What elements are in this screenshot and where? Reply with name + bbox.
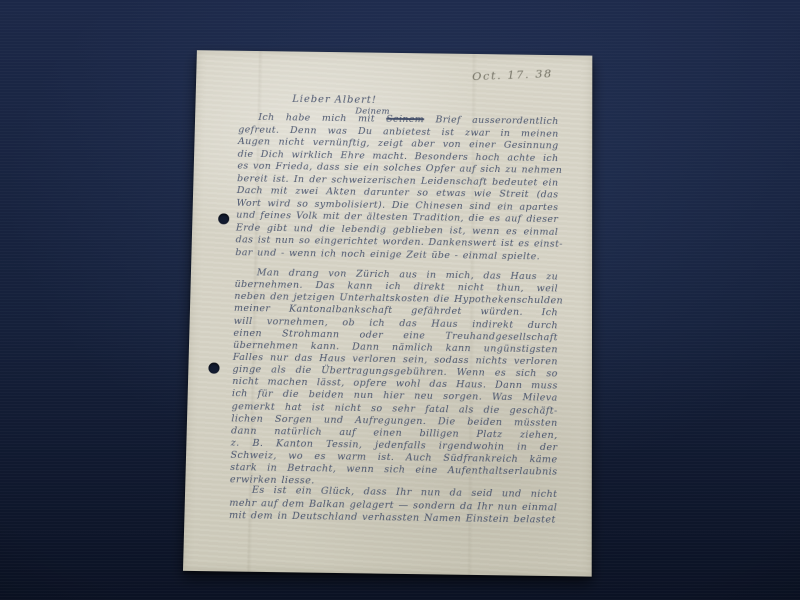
paragraph-1: Ich habe mich mit Seinem Brief ausserord… [235, 112, 558, 264]
letter-paper: Oct. 17. 38 Lieber Albert! Ich habe mich… [183, 50, 592, 576]
photo-background: Oct. 17. 38 Lieber Albert! Ich habe mich… [0, 0, 800, 600]
struck-word: Seinem [386, 114, 424, 125]
date-annotation: Oct. 17. 38 [472, 67, 553, 84]
punch-hole-top [218, 213, 229, 224]
paragraph-3-lines: Es ist ein Glück, dass Ihr nun da seid u… [229, 484, 558, 527]
line-text-suffix: Brief ausserordentlich [424, 114, 559, 127]
paragraph-2: Man drang von Zürich aus in mich, das Ha… [230, 267, 558, 491]
paragraph-3: Es ist ein Glück, dass Ihr nun da seid u… [229, 484, 558, 527]
paragraph-2-lines: Man drang von Zürich aus in mich, das Ha… [230, 267, 558, 491]
salutation: Lieber Albert! [292, 94, 377, 106]
paragraph-1-lines: gefreut. Denn was Du anbietest ist zwar … [235, 124, 558, 264]
punch-hole-bottom [208, 363, 219, 374]
inserted-word: Deinem [355, 106, 390, 119]
